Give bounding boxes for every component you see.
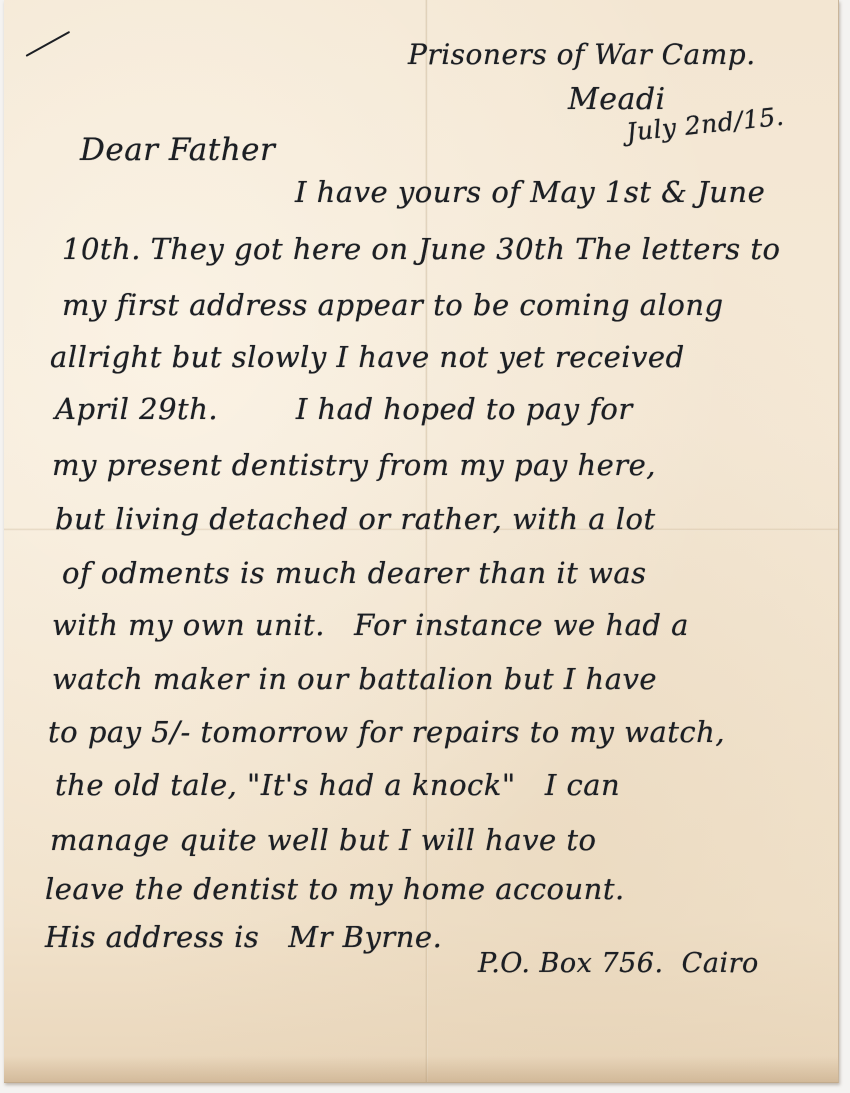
body-line-7: but living detached or rather, with a lo… <box>55 502 656 536</box>
body-line-13: manage quite well but I will have to <box>50 823 597 857</box>
body-line-6: my present dentistry from my pay here, <box>52 448 656 482</box>
body-line-8: of odments is much dearer than it was <box>62 556 647 590</box>
body-line-15: His address is Mr Byrne. <box>45 920 442 954</box>
salutation: Dear Father <box>80 132 275 168</box>
body-line-10: watch maker in our battalion but I have <box>52 662 657 696</box>
address-line: P.O. Box 756. Cairo <box>478 948 759 979</box>
heading-location-line2: Meadi <box>568 82 666 117</box>
body-line-14: leave the dentist to my home account. <box>45 872 625 906</box>
body-line-5: April 29th. I had hoped to pay for <box>55 392 633 426</box>
bottom-stain <box>4 1056 838 1082</box>
body-line-12: the old tale, "It's had a knock" I can <box>55 768 620 802</box>
body-line-4: allright but slowly I have not yet recei… <box>50 340 685 374</box>
heading-location-line1: Prisoners of War Camp. <box>408 38 756 71</box>
body-line-1: I have yours of May 1st & June <box>295 175 765 209</box>
body-line-11: to pay 5/- tomorrow for repairs to my wa… <box>48 715 725 749</box>
body-line-3: my first address appear to be coming alo… <box>62 288 724 322</box>
body-line-2: 10th. They got here on June 30th The let… <box>62 232 780 266</box>
body-line-9: with my own unit. For instance we had a <box>52 608 689 642</box>
